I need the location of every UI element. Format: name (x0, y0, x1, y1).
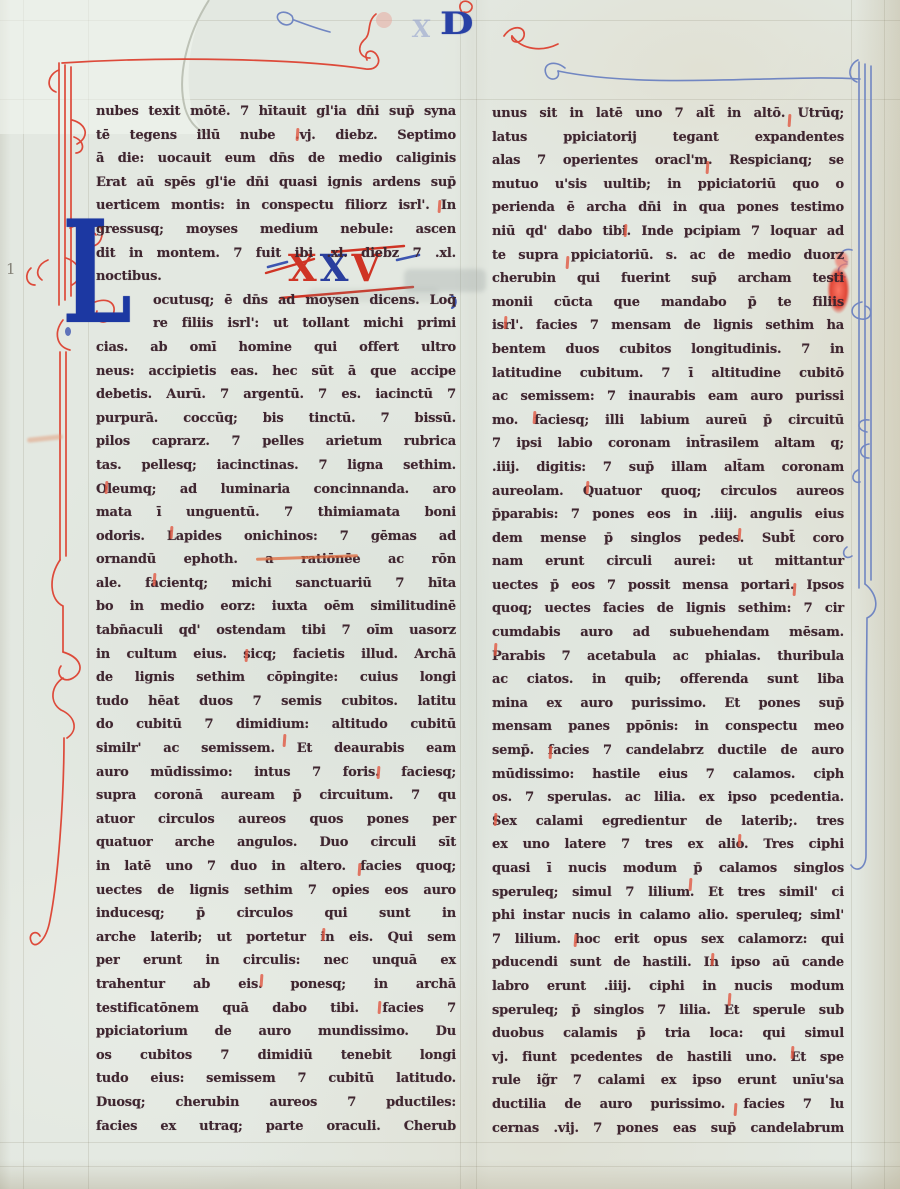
text-line: Erat aū spēs gl'ie dn̄i quasi ignis arde… (96, 171, 456, 195)
text-line: quatuor arche angulos. Duo circuli sīt (96, 831, 456, 855)
text-line: arche laterib; ut portetur in eis. Qui s… (96, 926, 456, 950)
text-line: tas. pellesq; iacinctinas. 7 ligna sethi… (96, 454, 456, 478)
text-line: mo. faciesq; illi labium aureū p̄ circui… (492, 409, 844, 433)
text-line: alas 7 operientes oracl'm. Respicianq; s… (492, 149, 844, 173)
text-line: auro mūdissimo: intus 7 foris. faciesq; (96, 761, 456, 785)
text-line: mutuo u'sis uultib; in ppiciatoriū quo o (492, 173, 844, 197)
text-line: testificatōnem quā dabo tibi. facies 7 (96, 997, 456, 1021)
running-title-letter: D (440, 6, 474, 42)
ruling-line-vertical (23, 0, 24, 1189)
text-line: ā die: uocauit eum dn̄s de medio caligin… (96, 147, 456, 171)
text-line: ac semissem: 7 inaurabis eam auro puriss… (492, 385, 844, 409)
text-line: uectes de lignis sethim 7 opies eos auro (96, 879, 456, 903)
text-line: facies ex utraq; parte oraculi. Cherub (96, 1115, 456, 1139)
text-line: perienda ē archa dn̄i in qua pones testi… (492, 196, 844, 220)
text-line: mūdissimo: hastile eius 7 calamos. ciph (492, 763, 844, 787)
text-line: bentem duos cubitos longitudinis. 7 in (492, 338, 844, 362)
text-line: Sex calami egredientur de laterib;. tres (492, 810, 844, 834)
text-line: uectes p̄ eos 7 possit mensa portari. Ip… (492, 574, 844, 598)
text-line: Oleumq; ad luminaria concinnanda. aro (96, 478, 456, 502)
text-line: ac ciatos. in quib; offerenda sunt liba (492, 668, 844, 692)
text-line: cumdabis auro ad subuehendam mēsam. (492, 621, 844, 645)
text-line: isrl'. facies 7 mensam de lignis sethim … (492, 314, 844, 338)
text-line: Duosq; cherubin aureos 7 pductiles: (96, 1091, 456, 1115)
text-line: os. 7 sperulas. ac lilia. ex ipso pceden… (492, 786, 844, 810)
text-line: pilos caprarz. 7 pelles arietum rubrica (96, 430, 456, 454)
text-line: os cubitos 7 dimidiū tenebit longi (96, 1044, 456, 1068)
text-line: debetis. Aurū. 7 argentū. 7 es. iacinctū… (96, 383, 456, 407)
faded-scribble (27, 434, 63, 443)
text-line: phi instar nucis in calamo alio. sperule… (492, 904, 844, 928)
text-line: duobus calamis p̄ tria loca: qui simul (492, 1022, 844, 1046)
text-column-right: unus sit in latē uno 7 alt̄ in altō. Utr… (492, 102, 844, 1140)
text-line: in cultum eius. sicq; facietis illud. Ar… (96, 643, 456, 667)
text-line: tudo hēat duos 7 semis cubitos. latitu (96, 690, 456, 714)
manuscript-page: X D L XXV nubes texit mōtē. 7 hītauit gl… (0, 0, 900, 1189)
text-line: semp̄. facies 7 candelabrz ductile de au… (492, 739, 844, 763)
text-line: Parabis 7 acetabula ac phialas. thuribul… (492, 645, 844, 669)
text-line: gressusq; moyses medium nebule: ascen (96, 218, 456, 242)
text-line: niū qd' dabo tibi. Inde pcipiam 7 loquar… (492, 220, 844, 244)
text-line: ppiciatorium de auro mundissimo. Du (96, 1020, 456, 1044)
ruling-line-horizontal (0, 1166, 900, 1167)
text-line: uerticem montis: in conspectu filiorz is… (96, 194, 456, 218)
text-line: monii cūcta que mandabo p̄ te filiis (492, 291, 844, 315)
text-line: dem mense p̄ singlos pedes. Subt̄ coro (492, 527, 844, 551)
ruling-line-vertical (88, 0, 89, 1189)
text-line: te supra ppiciatoriū. s. ac de medio duo… (492, 244, 844, 268)
text-line: do cubitū 7 dimidium: altitudo cubitū (96, 713, 456, 737)
text-line: inducesq; p̄ circulos qui sunt in (96, 902, 456, 926)
text-line: quoq; uectes facies de lignis sethim: 7 … (492, 597, 844, 621)
text-line: ocutusq; ē dn̄s ad moysen dicens. Loq̄ (153, 289, 456, 313)
text-line: de lignis sethim cōpingite: cuius longi (96, 666, 456, 690)
text-line: neus: accipietis eas. hec sūt ā que acci… (96, 360, 456, 384)
text-line: purpurā. coccūq; bis tinctū. 7 bissū. (96, 407, 456, 431)
text-line: atuor circulos aureos quos pones per (96, 808, 456, 832)
text-line: similr' ac semissem. Et deaurabis eam (96, 737, 456, 761)
text-line: ex uno latere 7 tres ex alio. Tres ciphi (492, 833, 844, 857)
text-line: 7 lilium. hoc erit opus sex calamorz: qu… (492, 928, 844, 952)
ruling-line-vertical (460, 0, 461, 1189)
text-line: ale. facientq; michi sanctuariū 7 hīta (96, 572, 456, 596)
text-line: ductilia de auro purissimo. facies 7 lu (492, 1093, 844, 1117)
text-line: cherubin qui fuerint sup̄ archam testi (492, 267, 844, 291)
folio-mark: 1 (6, 260, 16, 278)
ruling-line-vertical (851, 0, 852, 1189)
text-line: mina ex auro purissimo. Et pones sup̄ (492, 692, 844, 716)
text-line: per erunt in circulis: nec unquā ex (96, 949, 456, 973)
text-line: tudo eius: semissem 7 cubitū latitudo. (96, 1067, 456, 1091)
text-line: latitudine cubitum. 7 ī altitudine cubit… (492, 362, 844, 386)
text-line: supra coronā auream p̄ circuitum. 7 qu (96, 784, 456, 808)
ruling-line-horizontal (0, 1142, 900, 1143)
text-line: cernas .vij. 7 pones eas sup̄ candelabru… (492, 1117, 844, 1141)
text-column-left: nubes texit mōtē. 7 hītauit gl'ia dn̄i s… (96, 100, 456, 1138)
text-line: in latē uno 7 duo in altero. facies quoq… (96, 855, 456, 879)
text-line: trahentur ab eis. ponesq; in archā (96, 973, 456, 997)
text-line: speruleq; simul 7 lilium. Et tres simil'… (492, 881, 844, 905)
text-line: nubes texit mōtē. 7 hītauit gl'ia dn̄i s… (96, 100, 456, 124)
text-line: aureolam. Quatuor quoq; circulos aureos (492, 480, 844, 504)
text-line: odoris. Lapides onichinos: 7 gēmas ad (96, 525, 456, 549)
text-line: tē tegens illū nube .vj. diebz. Septimo (96, 124, 456, 148)
text-line: cias. ab omī homine qui offert ultro (96, 336, 456, 360)
text-line: bo in medio eorz: iuxta oēm similitudinē (96, 595, 456, 619)
text-line: noctibus. (96, 265, 456, 289)
text-line: dit in montem. 7 fuit ibi .xl. diebz 7 .… (96, 242, 456, 266)
ruling-line-vertical (884, 0, 885, 1189)
text-line: tabn̄aculi qd' ostendam tibi 7 oīm uasor… (96, 619, 456, 643)
text-line: labro erunt .iiij. ciphi in nucis modum (492, 975, 844, 999)
text-line: p̄parabis: 7 pones eos in .iiij. angulis… (492, 503, 844, 527)
ruling-line-vertical (476, 0, 477, 1189)
text-line: speruleq; p̄ singlos 7 lilia. Et sperule… (492, 999, 844, 1023)
running-title-ghost-letter: X (411, 14, 432, 43)
text-line: nam erunt circuli aurei: ut mittantur (492, 550, 844, 574)
text-line: re filiis isrl': ut tollant michi primi (153, 312, 456, 336)
text-line: rule ig̃r 7 calami ex ipso erunt unīu'sa (492, 1069, 844, 1093)
text-line: mensam panes ppōnis: in conspectu meo (492, 715, 844, 739)
text-line: latus ppiciatorij tegant expandentes (492, 126, 844, 150)
text-line: quasi ī nucis modum p̄ calamos singlos (492, 857, 844, 881)
text-line: .iiij. digitis: 7 sup̄ illam alt̄am coro… (492, 456, 844, 480)
text-line: 7 ipsi labio coronam int̄rasilem altam q… (492, 432, 844, 456)
text-line: mata ī unguentū. 7 thimiamata boni (96, 501, 456, 525)
text-line: pducendi sunt de hastili. In ipso aū can… (492, 951, 844, 975)
